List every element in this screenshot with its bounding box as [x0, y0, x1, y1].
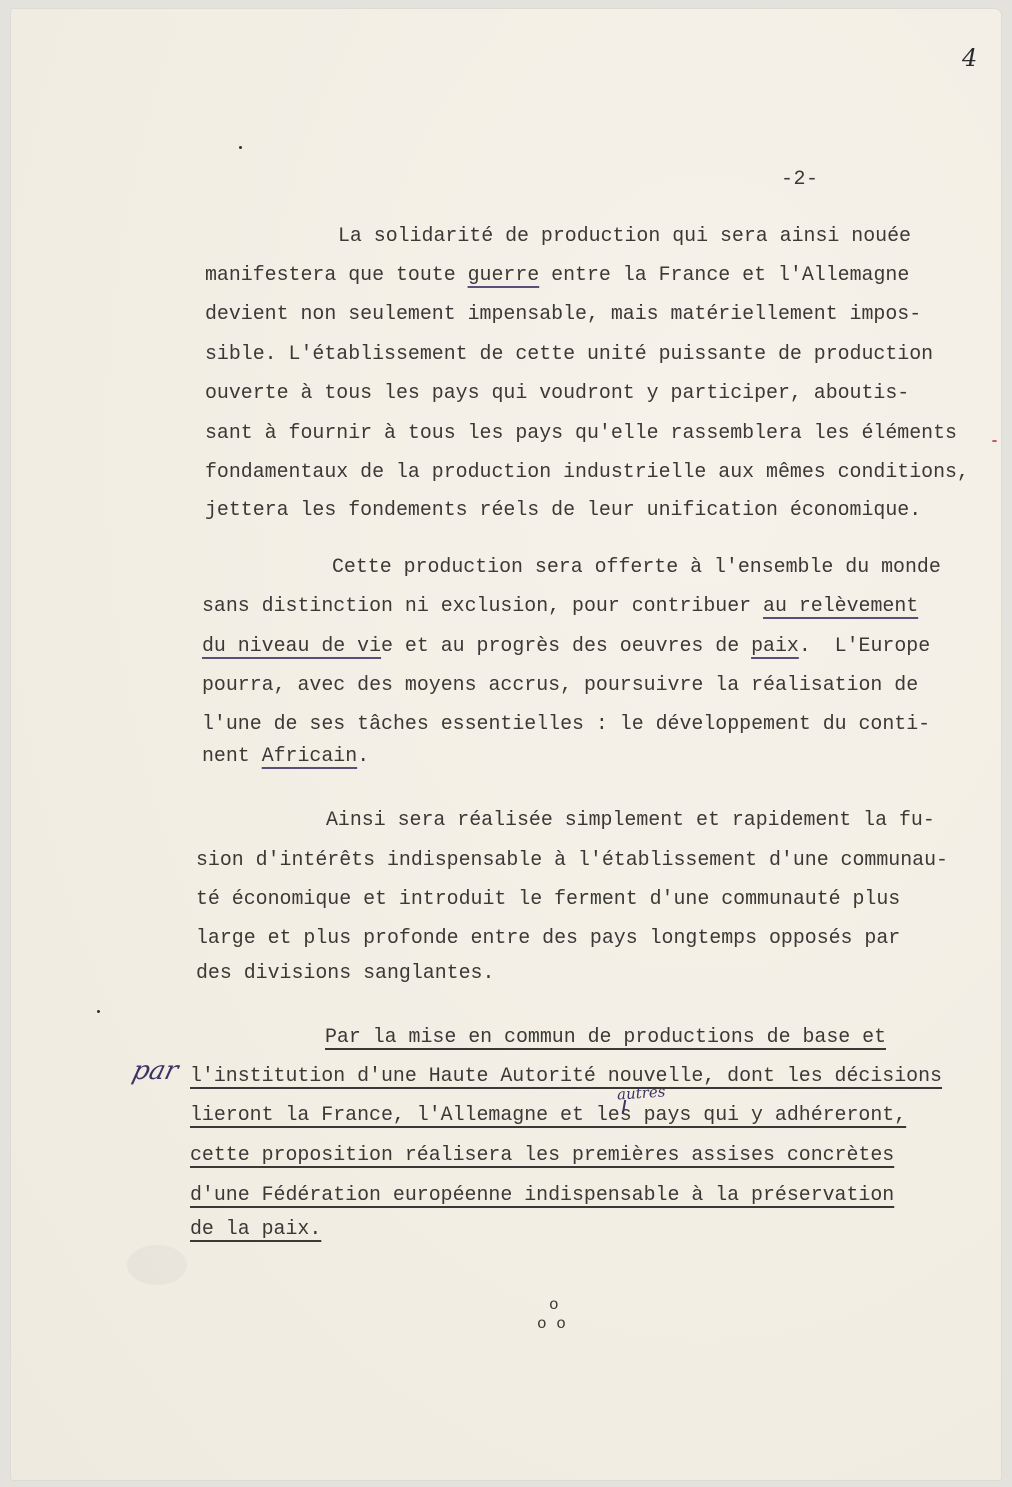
paragraph-2-line-2: sans distinction ni exclusion, pour cont…	[202, 594, 918, 618]
paragraph-3-line-1: Ainsi sera réalisée simplement et rapide…	[326, 808, 935, 832]
paragraph-2-line-4: pourra, avec des moyens accrus, poursuiv…	[202, 673, 918, 697]
text: nent	[202, 744, 262, 767]
paragraph-3-line-2: sion d'intérêts indispensable à l'établi…	[196, 848, 948, 872]
text: . L'Europe	[799, 634, 930, 657]
paragraph-2-line-3: du niveau de vie et au progrès des oeuvr…	[202, 634, 930, 658]
text: sans distinction ni exclusion, pour cont…	[202, 594, 763, 617]
paragraph-1-line-6: sant à fournir à tous les pays qu'elle r…	[205, 421, 957, 445]
paragraph-4-line-4: cette proposition réalisera les première…	[190, 1143, 894, 1167]
paragraph-1-line-1: La solidarité de production qui sera ain…	[338, 224, 911, 248]
paragraph-2-line-1: Cette production sera offerte à l'ensemb…	[332, 555, 941, 579]
text: entre la France et l'Allemagne	[539, 263, 909, 286]
paragraph-2-line-5: l'une de ses tâches essentielles : le dé…	[202, 712, 930, 736]
ink-underlined-word: paix	[751, 634, 799, 657]
paper-stain	[127, 1245, 187, 1285]
text: manifestera que toute	[205, 263, 468, 286]
handwritten-margin-insertion: par	[129, 1056, 181, 1086]
paragraph-1-line-7: fondamentaux de la production industriel…	[205, 460, 969, 484]
paragraph-1-line-4: sible. L'établissement de cette unité pu…	[205, 342, 933, 366]
paragraph-1-line-5: ouverte à tous les pays qui voudront y p…	[205, 381, 909, 405]
paragraph-4-line-1: Par la mise en commun de productions de …	[325, 1025, 886, 1049]
paragraph-4-line-5: d'une Fédération européenne indispensabl…	[190, 1183, 894, 1207]
ink-underlined-phrase: au relèvement	[763, 594, 918, 617]
folio-number: 4	[962, 44, 977, 72]
ink-underlined-word: guerre	[468, 263, 540, 286]
paper-speck	[239, 146, 242, 149]
paragraph-1-line-2: manifestera que toute guerre entre la Fr…	[205, 263, 909, 287]
ink-underlined-word: Africain	[262, 744, 358, 767]
paragraph-3-line-5: des divisions sanglantes.	[196, 961, 494, 985]
paper-speck	[97, 1010, 100, 1013]
page-number: -2-	[781, 168, 819, 191]
paragraph-4-line-3: lieront la France, l'Allemagne et les pa…	[190, 1103, 906, 1127]
end-ornament-bottom: o o	[537, 1315, 566, 1333]
paper-mark	[992, 440, 997, 442]
paragraph-3-line-3: té économique et introduit le ferment d'…	[196, 887, 900, 911]
paragraph-1-line-3: devient non seulement impensable, mais m…	[205, 302, 921, 326]
text: .	[357, 744, 369, 767]
paragraph-4-line-6: de la paix.	[190, 1217, 321, 1241]
paragraph-1-line-8: jettera les fondements réels de leur uni…	[205, 498, 921, 522]
paragraph-3-line-4: large et plus profonde entre des pays lo…	[196, 926, 900, 950]
paragraph-4-line-2: l'institution d'une Haute Autorité nouve…	[190, 1064, 942, 1088]
end-ornament-top: o	[549, 1296, 559, 1314]
text: e et au progrès des oeuvres de	[381, 634, 751, 657]
ink-underlined-phrase: du niveau de vi	[202, 634, 381, 657]
paragraph-2-line-6: nent Africain.	[202, 744, 369, 768]
